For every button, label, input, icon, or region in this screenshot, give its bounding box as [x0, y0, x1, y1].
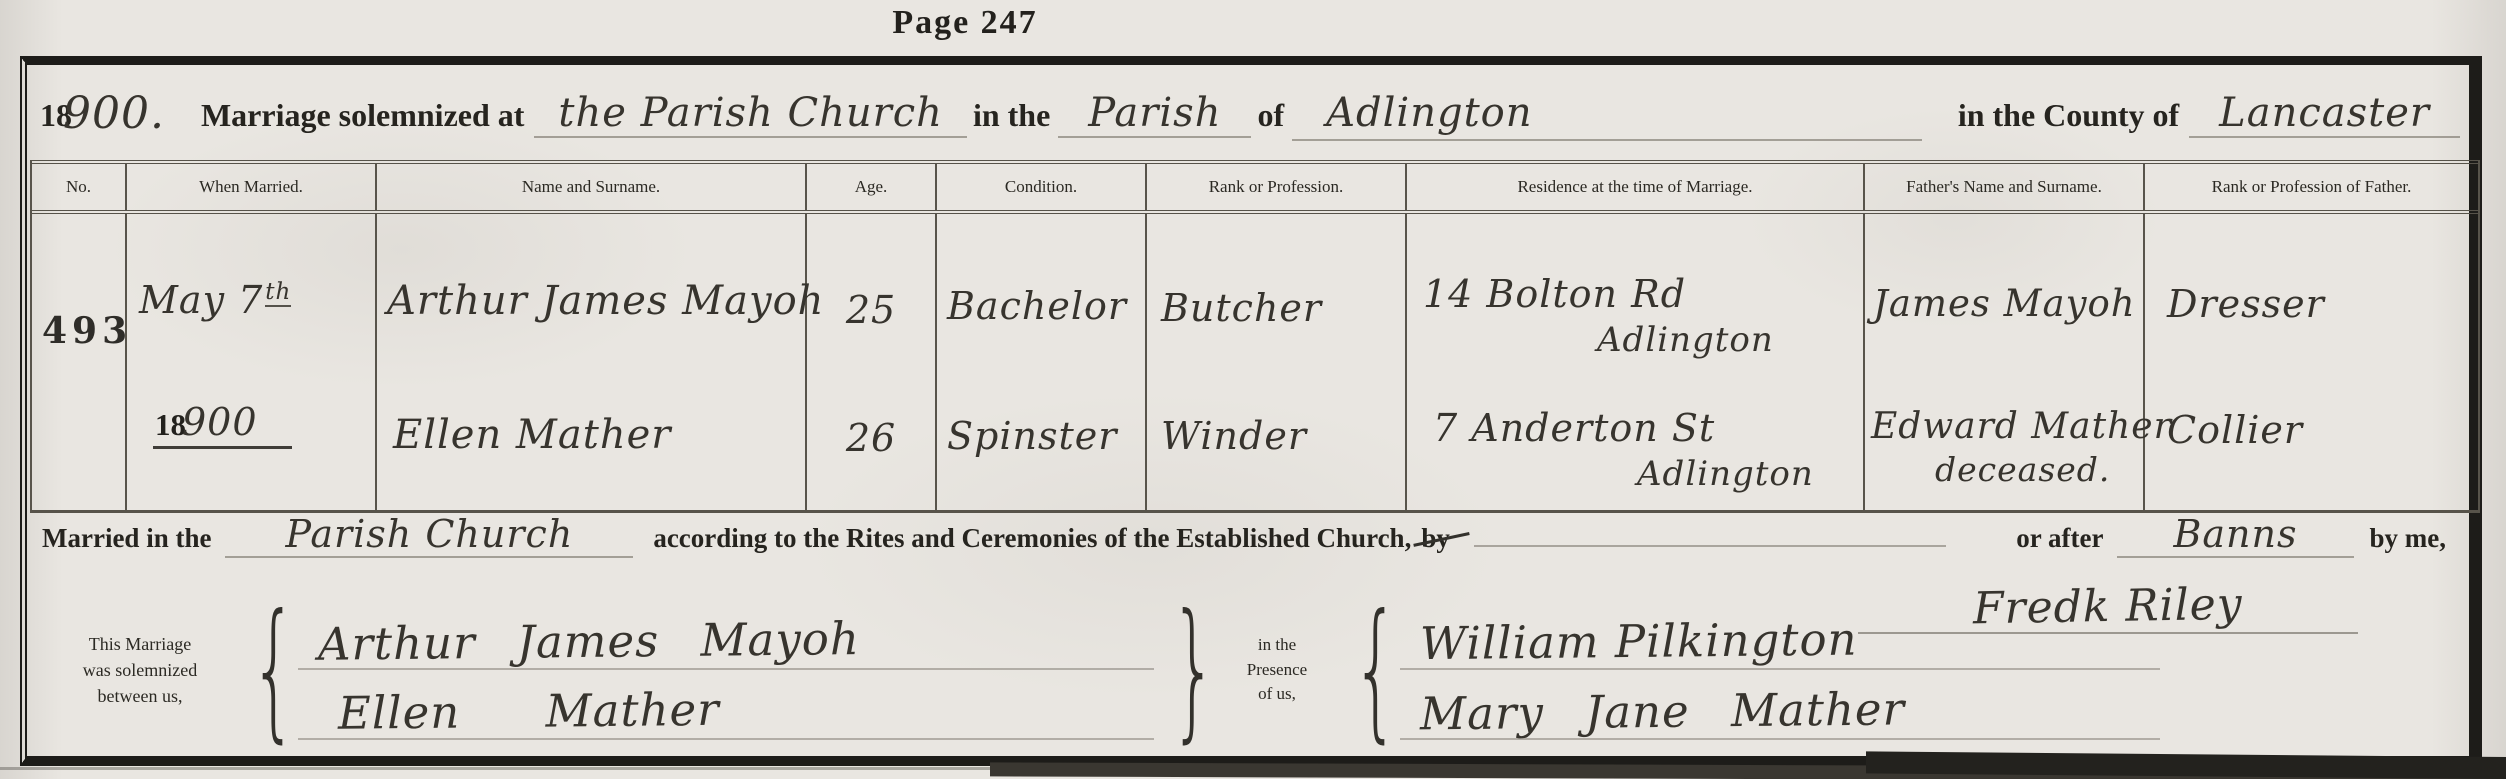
ceremony-statement: Married in the Parish Church according t…: [42, 512, 2446, 558]
cell-when-married: May 7th 18 900: [127, 214, 377, 510]
heading-year-handwritten: 900.: [63, 88, 165, 139]
open-brace-couple: {: [250, 600, 282, 740]
close-brace-couple: }: [1170, 600, 1202, 740]
presence-label-line1: in the: [1218, 633, 1336, 658]
groom-profession: Butcher: [1161, 286, 1322, 330]
groom-signature-line: Arthur James Mayoh: [298, 602, 1154, 670]
when-married-date: May 7th: [139, 278, 291, 322]
witness2-signature-line: Mary Jane Mather: [1400, 672, 2160, 740]
marriage-register-scan: { "page_label": "Page 247", "colors": { …: [0, 0, 2506, 779]
date-ordinal: th: [265, 279, 291, 307]
open-brace-witnesses: {: [1352, 600, 1384, 740]
groom-signature: Arthur James Mayoh: [298, 612, 860, 671]
cell-conditions: Bachelor Spinster: [937, 214, 1147, 510]
cell-entry-number: 493: [32, 214, 127, 510]
heading-county-label: in the County of: [1958, 97, 2179, 134]
solemnized-label-line1: This Marriage: [46, 631, 234, 657]
solemnized-label-line3: between us,: [46, 683, 234, 709]
bride-profession: Winder: [1161, 414, 1307, 458]
bride-signature: Ellen Mather: [298, 683, 720, 740]
register-heading: 18 900. Marriage solemnized at the Paris…: [40, 86, 2460, 141]
bride-signature-line: Ellen Mather: [298, 672, 1154, 740]
heading-in-the: in the: [973, 97, 1050, 134]
groom-condition: Bachelor: [947, 284, 1127, 328]
register-table-body: 493 May 7th 18 900 Arthur James Mayoh El…: [32, 214, 2478, 513]
heading-of: of: [1257, 97, 1284, 134]
heading-solemnized-text: Marriage solemnized at: [201, 97, 524, 134]
bride-father-note: deceased.: [1935, 450, 2110, 489]
column-header-condition: Condition.: [937, 164, 1147, 210]
by-me-label: by me,: [2370, 523, 2447, 554]
bride-age: 26: [846, 416, 896, 460]
groom-father-profession: Dresser: [2167, 282, 2325, 326]
or-after-label: or after: [2016, 523, 2103, 554]
bride-father-profession: Collier: [2167, 408, 2303, 452]
rites-text: according to the Rites and Ceremonies of…: [653, 523, 1411, 554]
solemnized-label-line2: was solemnized: [46, 657, 234, 683]
cell-professions: Butcher Winder: [1147, 214, 1407, 510]
banns-handwritten: Banns: [2117, 512, 2353, 558]
cell-residences: 14 Bolton Rd Adlington 7 Anderton St Adl…: [1407, 214, 1865, 510]
groom-age: 25: [846, 288, 896, 332]
by-struck-out: by: [1421, 523, 1450, 554]
married-in-the-label: Married in the: [42, 523, 211, 554]
heading-church-handwritten: the Parish Church: [534, 90, 967, 138]
column-header-father-name: Father's Name and Surname.: [1865, 164, 2145, 210]
witness1-signature: William Pilkington: [1400, 613, 1858, 671]
heading-place-handwritten: Adlington: [1292, 90, 1922, 141]
blank-line: [1474, 515, 1946, 547]
column-header-residence: Residence at the time of Marriage.: [1407, 164, 1865, 210]
witness2-signature: Mary Jane Mather: [1400, 682, 1906, 740]
register-table: No. When Married. Name and Surname. Age.…: [30, 160, 2480, 513]
groom-residence-line1: 14 Bolton Rd: [1423, 272, 1686, 316]
groom-residence-line2: Adlington: [1597, 320, 1774, 360]
bride-name: Ellen Mather: [393, 412, 671, 458]
presence-label-line2: Presence: [1218, 658, 1336, 683]
column-header-name-surname: Name and Surname.: [377, 164, 807, 210]
presence-label-line3: of us,: [1218, 682, 1336, 707]
groom-father-name: James Mayoh: [1873, 282, 2136, 325]
cell-ages: 25 26: [807, 214, 937, 510]
entry-number: 493: [42, 310, 132, 352]
couple-signatures: Arthur James Mayoh Ellen Mather: [298, 600, 1154, 740]
declaration-block: This Marriage was solemnized between us,…: [46, 600, 2190, 740]
heading-year: 18 900.: [40, 86, 165, 137]
column-header-rank-profession: Rank or Profession.: [1147, 164, 1407, 210]
column-header-father-rank: Rank or Profession of Father.: [2145, 164, 2478, 210]
register-table-header-row: No. When Married. Name and Surname. Age.…: [32, 160, 2478, 214]
bride-residence-line2: Adlington: [1637, 454, 1814, 494]
heading-parish-handwritten: Parish: [1058, 90, 1251, 138]
solemnized-label: This Marriage was solemnized between us,: [46, 631, 234, 709]
heading-county-handwritten: Lancaster: [2189, 90, 2460, 138]
cell-names: Arthur James Mayoh Ellen Mather: [377, 214, 807, 510]
year-handwritten: 900: [182, 400, 258, 444]
presence-label: in the Presence of us,: [1218, 633, 1336, 707]
cell-father-names: James Mayoh Edward Mather deceased.: [1865, 214, 2145, 510]
witness-signatures: William Pilkington Mary Jane Mather: [1400, 600, 2160, 740]
groom-name: Arthur James Mayoh: [387, 278, 824, 324]
witness1-signature-line: William Pilkington: [1400, 602, 2160, 670]
bride-condition: Spinster: [947, 414, 1117, 458]
ceremony-church-handwritten: Parish Church: [225, 512, 633, 558]
column-header-when-married: When Married.: [127, 164, 377, 210]
column-header-age: Age.: [807, 164, 937, 210]
when-married-year: 18 900: [153, 400, 292, 449]
bride-residence-line1: 7 Anderton St: [1433, 406, 1715, 450]
cell-father-professions: Dresser Collier: [2145, 214, 2478, 510]
page-number: Page 247: [892, 4, 1037, 42]
column-header-no: No.: [32, 164, 127, 210]
bride-father-name: Edward Mather: [1871, 406, 2172, 447]
